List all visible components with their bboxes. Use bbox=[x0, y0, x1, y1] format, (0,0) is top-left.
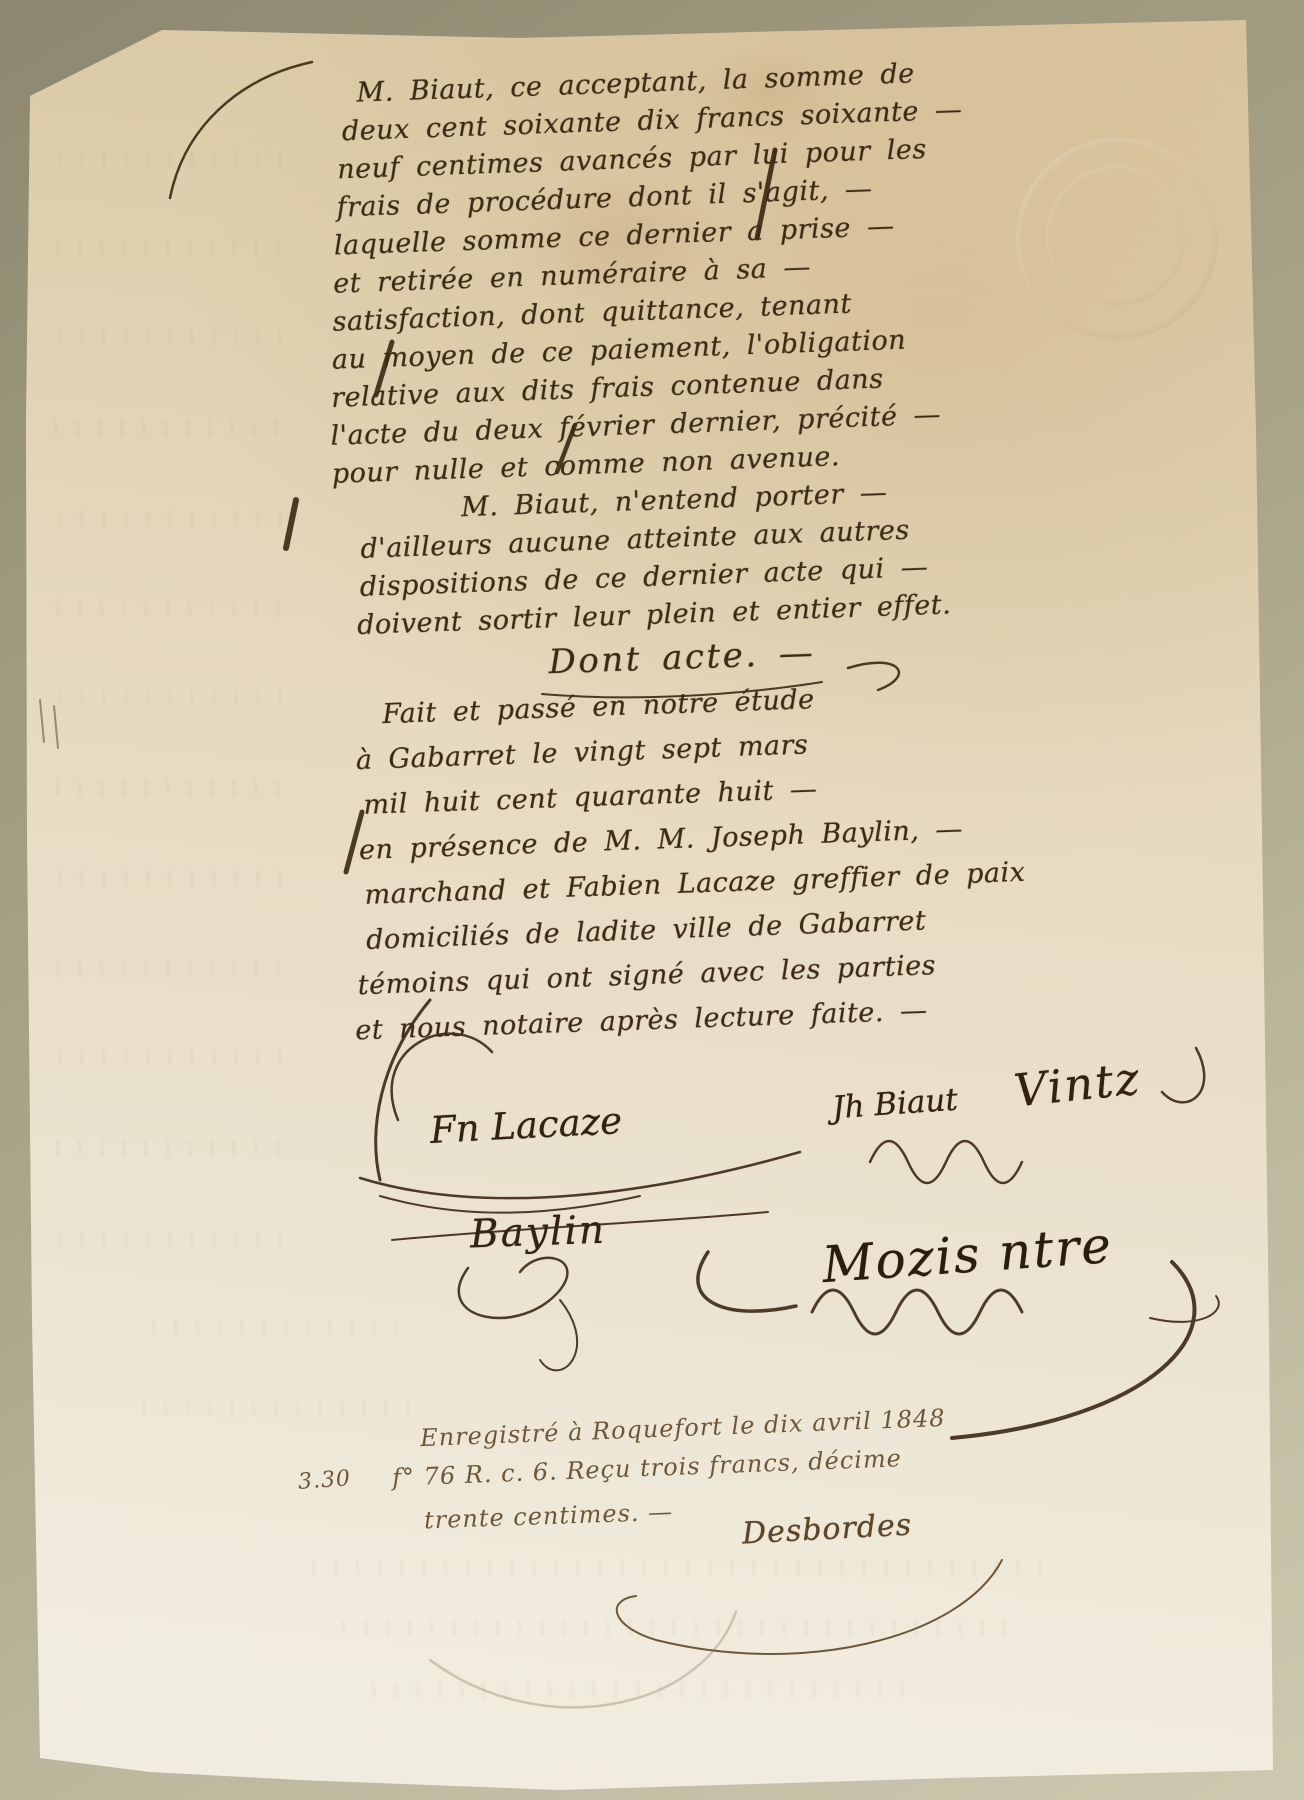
ink-bleedthrough bbox=[46, 330, 294, 346]
ink-bleedthrough bbox=[300, 1560, 1060, 1576]
ink-bleedthrough bbox=[46, 1230, 290, 1246]
signature-vintz: Vintz bbox=[1012, 1052, 1144, 1118]
ink-bleedthrough bbox=[44, 780, 294, 796]
ink-bleedthrough bbox=[130, 1400, 410, 1416]
ink-bleedthrough bbox=[44, 960, 294, 976]
ink-bleedthrough bbox=[46, 1050, 290, 1066]
photograph-of-document: M. Biaut, ce acceptant, la somme de deux… bbox=[0, 0, 1304, 1800]
signature-registrar-desbordes: Desbordes bbox=[741, 1508, 913, 1552]
registration-fee-margin-note: 3.30 bbox=[297, 1466, 352, 1495]
ink-bleedthrough bbox=[44, 600, 294, 616]
ink-bleedthrough bbox=[360, 1682, 920, 1698]
signature-biaut: Jh Biaut bbox=[831, 1082, 959, 1127]
ink-bleedthrough bbox=[46, 870, 292, 886]
ink-bleedthrough bbox=[46, 690, 290, 706]
signature-notary-mozis: Mozis ntre bbox=[820, 1216, 1114, 1294]
ink-bleedthrough bbox=[46, 150, 296, 166]
ink-bleedthrough bbox=[46, 510, 292, 526]
document-page: M. Biaut, ce acceptant, la somme de deux… bbox=[0, 0, 1304, 1800]
ink-bleedthrough bbox=[44, 1140, 292, 1156]
signature-baylin: Baylin bbox=[469, 1208, 607, 1258]
ink-bleedthrough bbox=[140, 1320, 400, 1336]
signature-lacaze: Fn Lacaze bbox=[429, 1099, 623, 1152]
ink-bleedthrough bbox=[42, 420, 294, 436]
ink-bleedthrough bbox=[44, 240, 299, 256]
registration-line: f° 76 R. c. 6. Reçu trois francs, décime bbox=[392, 1444, 903, 1492]
handwriting-text-block: M. Biaut, ce acceptant, la somme de deux… bbox=[318, 47, 1182, 1053]
ink-bleedthrough bbox=[330, 1620, 1010, 1636]
registration-line: trente centimes. — bbox=[424, 1498, 674, 1535]
